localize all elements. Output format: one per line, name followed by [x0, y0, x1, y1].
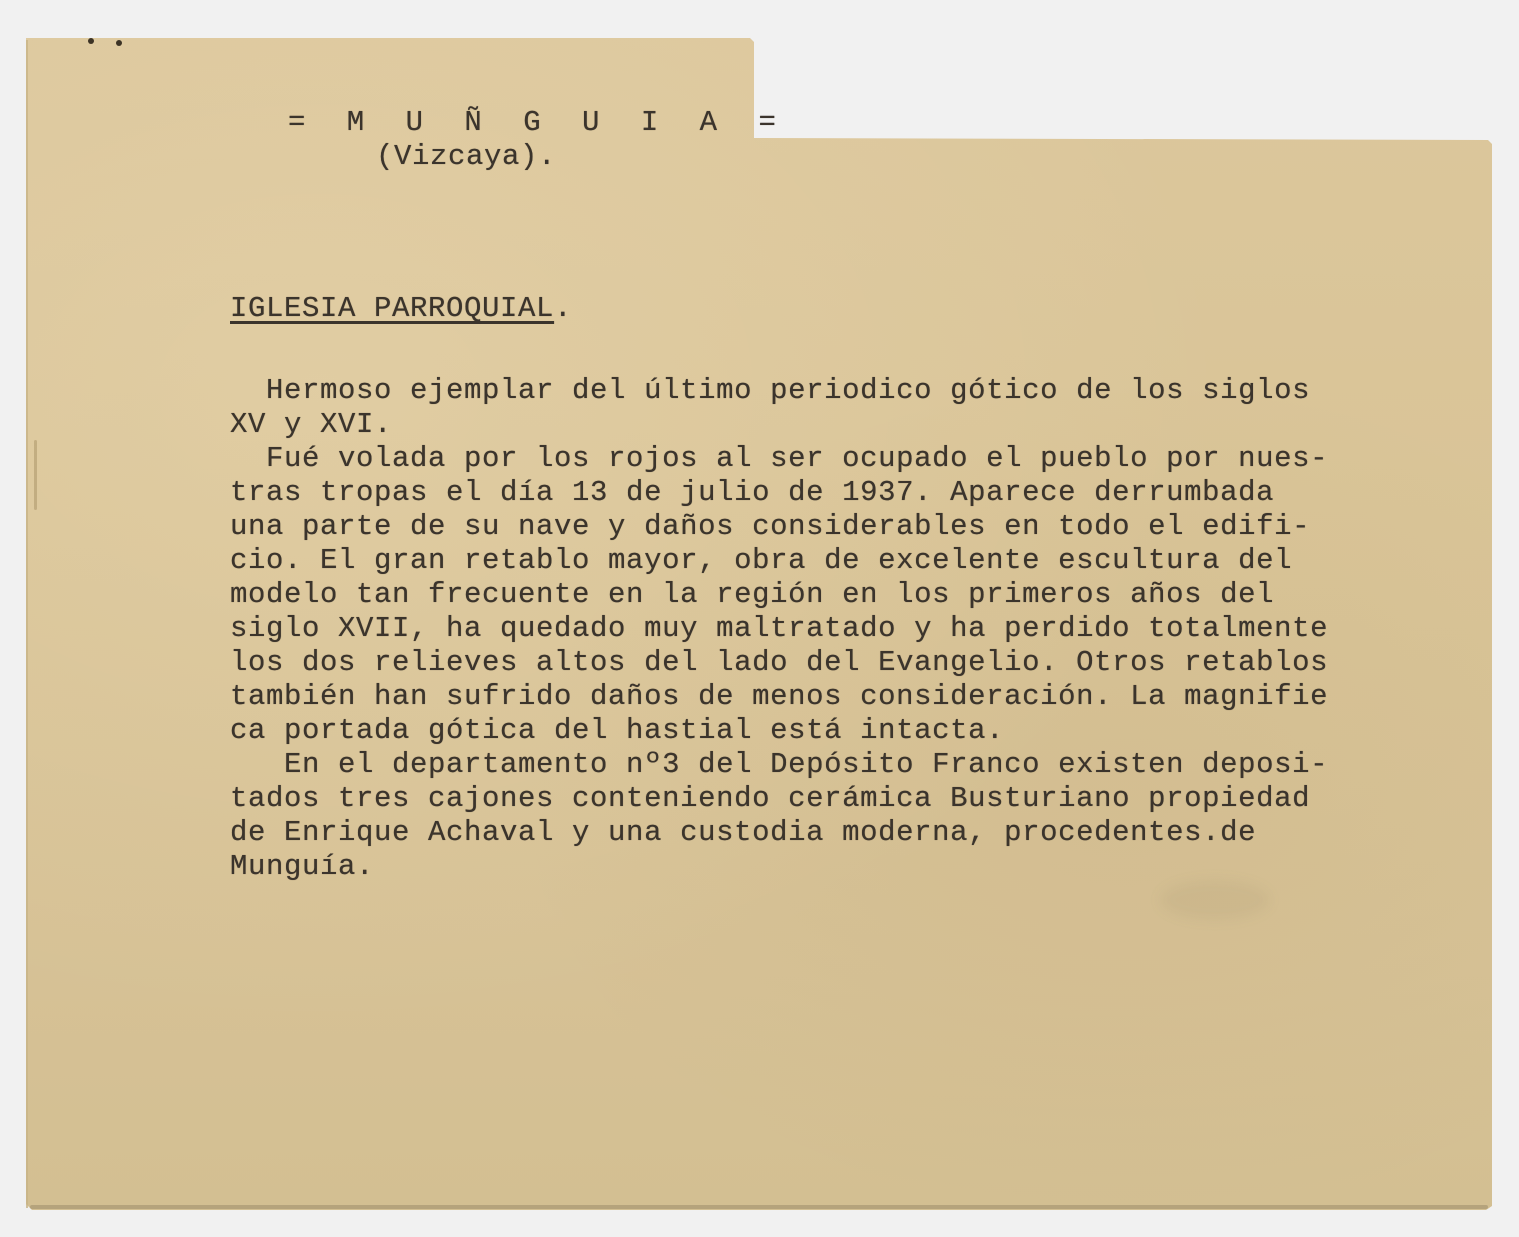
section-heading-text: IGLESIA PARROQUIAL	[230, 292, 554, 325]
pin-hole-mark	[116, 40, 122, 46]
body-line: Fué volada por los rojos al ser ocupado …	[230, 442, 1500, 476]
body-line: Munguía.	[230, 850, 1500, 884]
town-title: = M U Ñ G U I A =	[288, 106, 788, 140]
province-subtitle: (Vizcaya).	[376, 140, 556, 174]
body-line: cio. El gran retablo mayor, obra de exce…	[230, 544, 1500, 578]
paper-crease	[34, 440, 37, 510]
paper-bottom-edge	[30, 1205, 1488, 1209]
body-line: En el departamento nº3 del Depósito Fran…	[230, 748, 1500, 782]
body-line: una parte de su nave y daños considerabl…	[230, 510, 1500, 544]
body-text: Hermoso ejemplar del último periodico gó…	[230, 374, 1500, 884]
paper-stain	[1160, 880, 1270, 920]
body-line: ca portada gótica del hastial está intac…	[230, 714, 1500, 748]
section-heading: IGLESIA PARROQUIAL.	[230, 292, 572, 326]
body-line: siglo XVII, ha quedado muy maltratado y …	[230, 612, 1500, 646]
scan-background: = M U Ñ G U I A = (Vizcaya). IGLESIA PAR…	[0, 0, 1519, 1237]
body-line: tras tropas el día 13 de julio de 1937. …	[230, 476, 1500, 510]
body-line: de Enrique Achaval y una custodia modern…	[230, 816, 1500, 850]
body-line: tados tres cajones conteniendo cerámica …	[230, 782, 1500, 816]
section-heading-period: .	[554, 292, 572, 325]
paper-left-edge	[26, 40, 28, 1208]
pin-hole-mark	[88, 38, 94, 44]
body-line: Hermoso ejemplar del último periodico gó…	[230, 374, 1500, 408]
body-line: también han sufrido daños de menos consi…	[230, 680, 1500, 714]
body-line: XV y XVI.	[230, 408, 1500, 442]
body-line: los dos relieves altos del lado del Evan…	[230, 646, 1500, 680]
body-line: modelo tan frecuente en la región en los…	[230, 578, 1500, 612]
